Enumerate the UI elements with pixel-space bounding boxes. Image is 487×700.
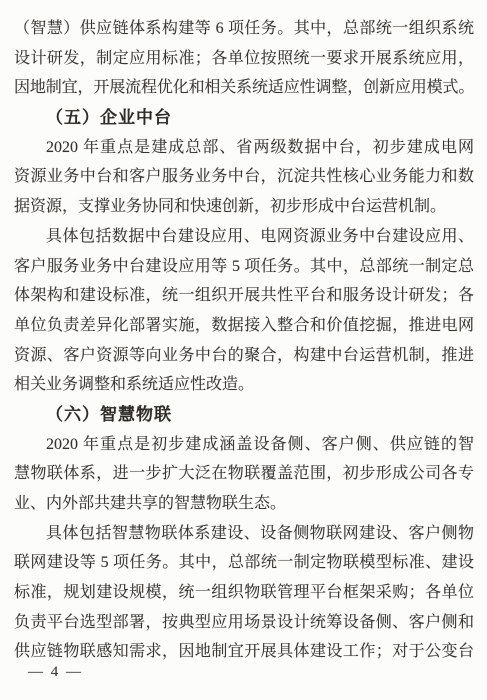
- section-heading-5: （五）企业中台: [14, 103, 474, 133]
- body-text-line: 供应链物联感知需求，因地制宜开展具体建设工作；对于公变台: [14, 637, 474, 667]
- body-text-line: 具体包括智慧物联体系建设、设备侧物联网建设、客户侧物: [14, 519, 474, 549]
- document-page: （智慧）供应链体系构建等 6 项任务。其中，总部统一组织系统 设计研发，制定应用…: [0, 0, 487, 700]
- body-text-line: 2020 年重点是建成总部、省两级数据中台，初步建成电网: [14, 133, 474, 163]
- body-text-line: 2020 年重点是初步建成涵盖设备侧、客户侧、供应链的智: [14, 430, 474, 460]
- body-text-line: 资源、客户资源等向业务中台的聚合，构建中台运营机制，推进: [14, 341, 474, 371]
- body-text-line: 设计研发，制定应用标准；各单位按照统一要求开展系统应用，: [14, 44, 474, 74]
- body-text-line: 体架构和建设标准，统一组织开展共性平台和服务设计研发；各: [14, 281, 474, 311]
- body-text-line: 客户服务业务中台建设应用等 5 项任务。其中，总部统一制定总: [14, 252, 474, 282]
- body-text-line: 具体包括数据中台建设应用、电网资源业务中台建设应用、: [14, 222, 474, 252]
- body-text-line: 标准，规划建设规模，统一组织物联管理平台框架采购；各单位: [14, 578, 474, 608]
- body-text-line: 据资源，支撑业务协同和快速创新，初步形成中台运营机制。: [14, 192, 474, 222]
- section-heading-6: （六）智慧物联: [14, 400, 474, 430]
- body-text-line: 联网建设等 5 项任务。其中，总部统一制定物联模型标准、建设: [14, 548, 474, 578]
- body-text-line: 慧物联体系，进一步扩大泛在物联覆盖范围，初步形成公司各专: [14, 459, 474, 489]
- body-text-line: 因地制宜，开展流程优化和相关系统适应性调整，创新应用模式。: [14, 73, 474, 103]
- body-text-line: 单位负责差异化部署实施，数据接入整合和价值挖掘，推进电网: [14, 311, 474, 341]
- body-text-line: 业、内外部共建共享的智慧物联生态。: [14, 489, 474, 519]
- body-text-line: 资源业务中台和客户服务业务中台，沉淀共性核心业务能力和数: [14, 162, 474, 192]
- body-text-line: 负责平台选型部署，按典型应用场景设计统筹设备侧、客户侧和: [14, 608, 474, 638]
- text-block: （智慧）供应链体系构建等 6 项任务。其中，总部统一组织系统 设计研发，制定应用…: [14, 14, 474, 667]
- body-text-line: 相关业务调整和系统适应性改造。: [14, 370, 474, 400]
- body-text-line: （智慧）供应链体系构建等 6 项任务。其中，总部统一组织系统: [14, 14, 474, 44]
- page-number: — 4 —: [28, 664, 83, 681]
